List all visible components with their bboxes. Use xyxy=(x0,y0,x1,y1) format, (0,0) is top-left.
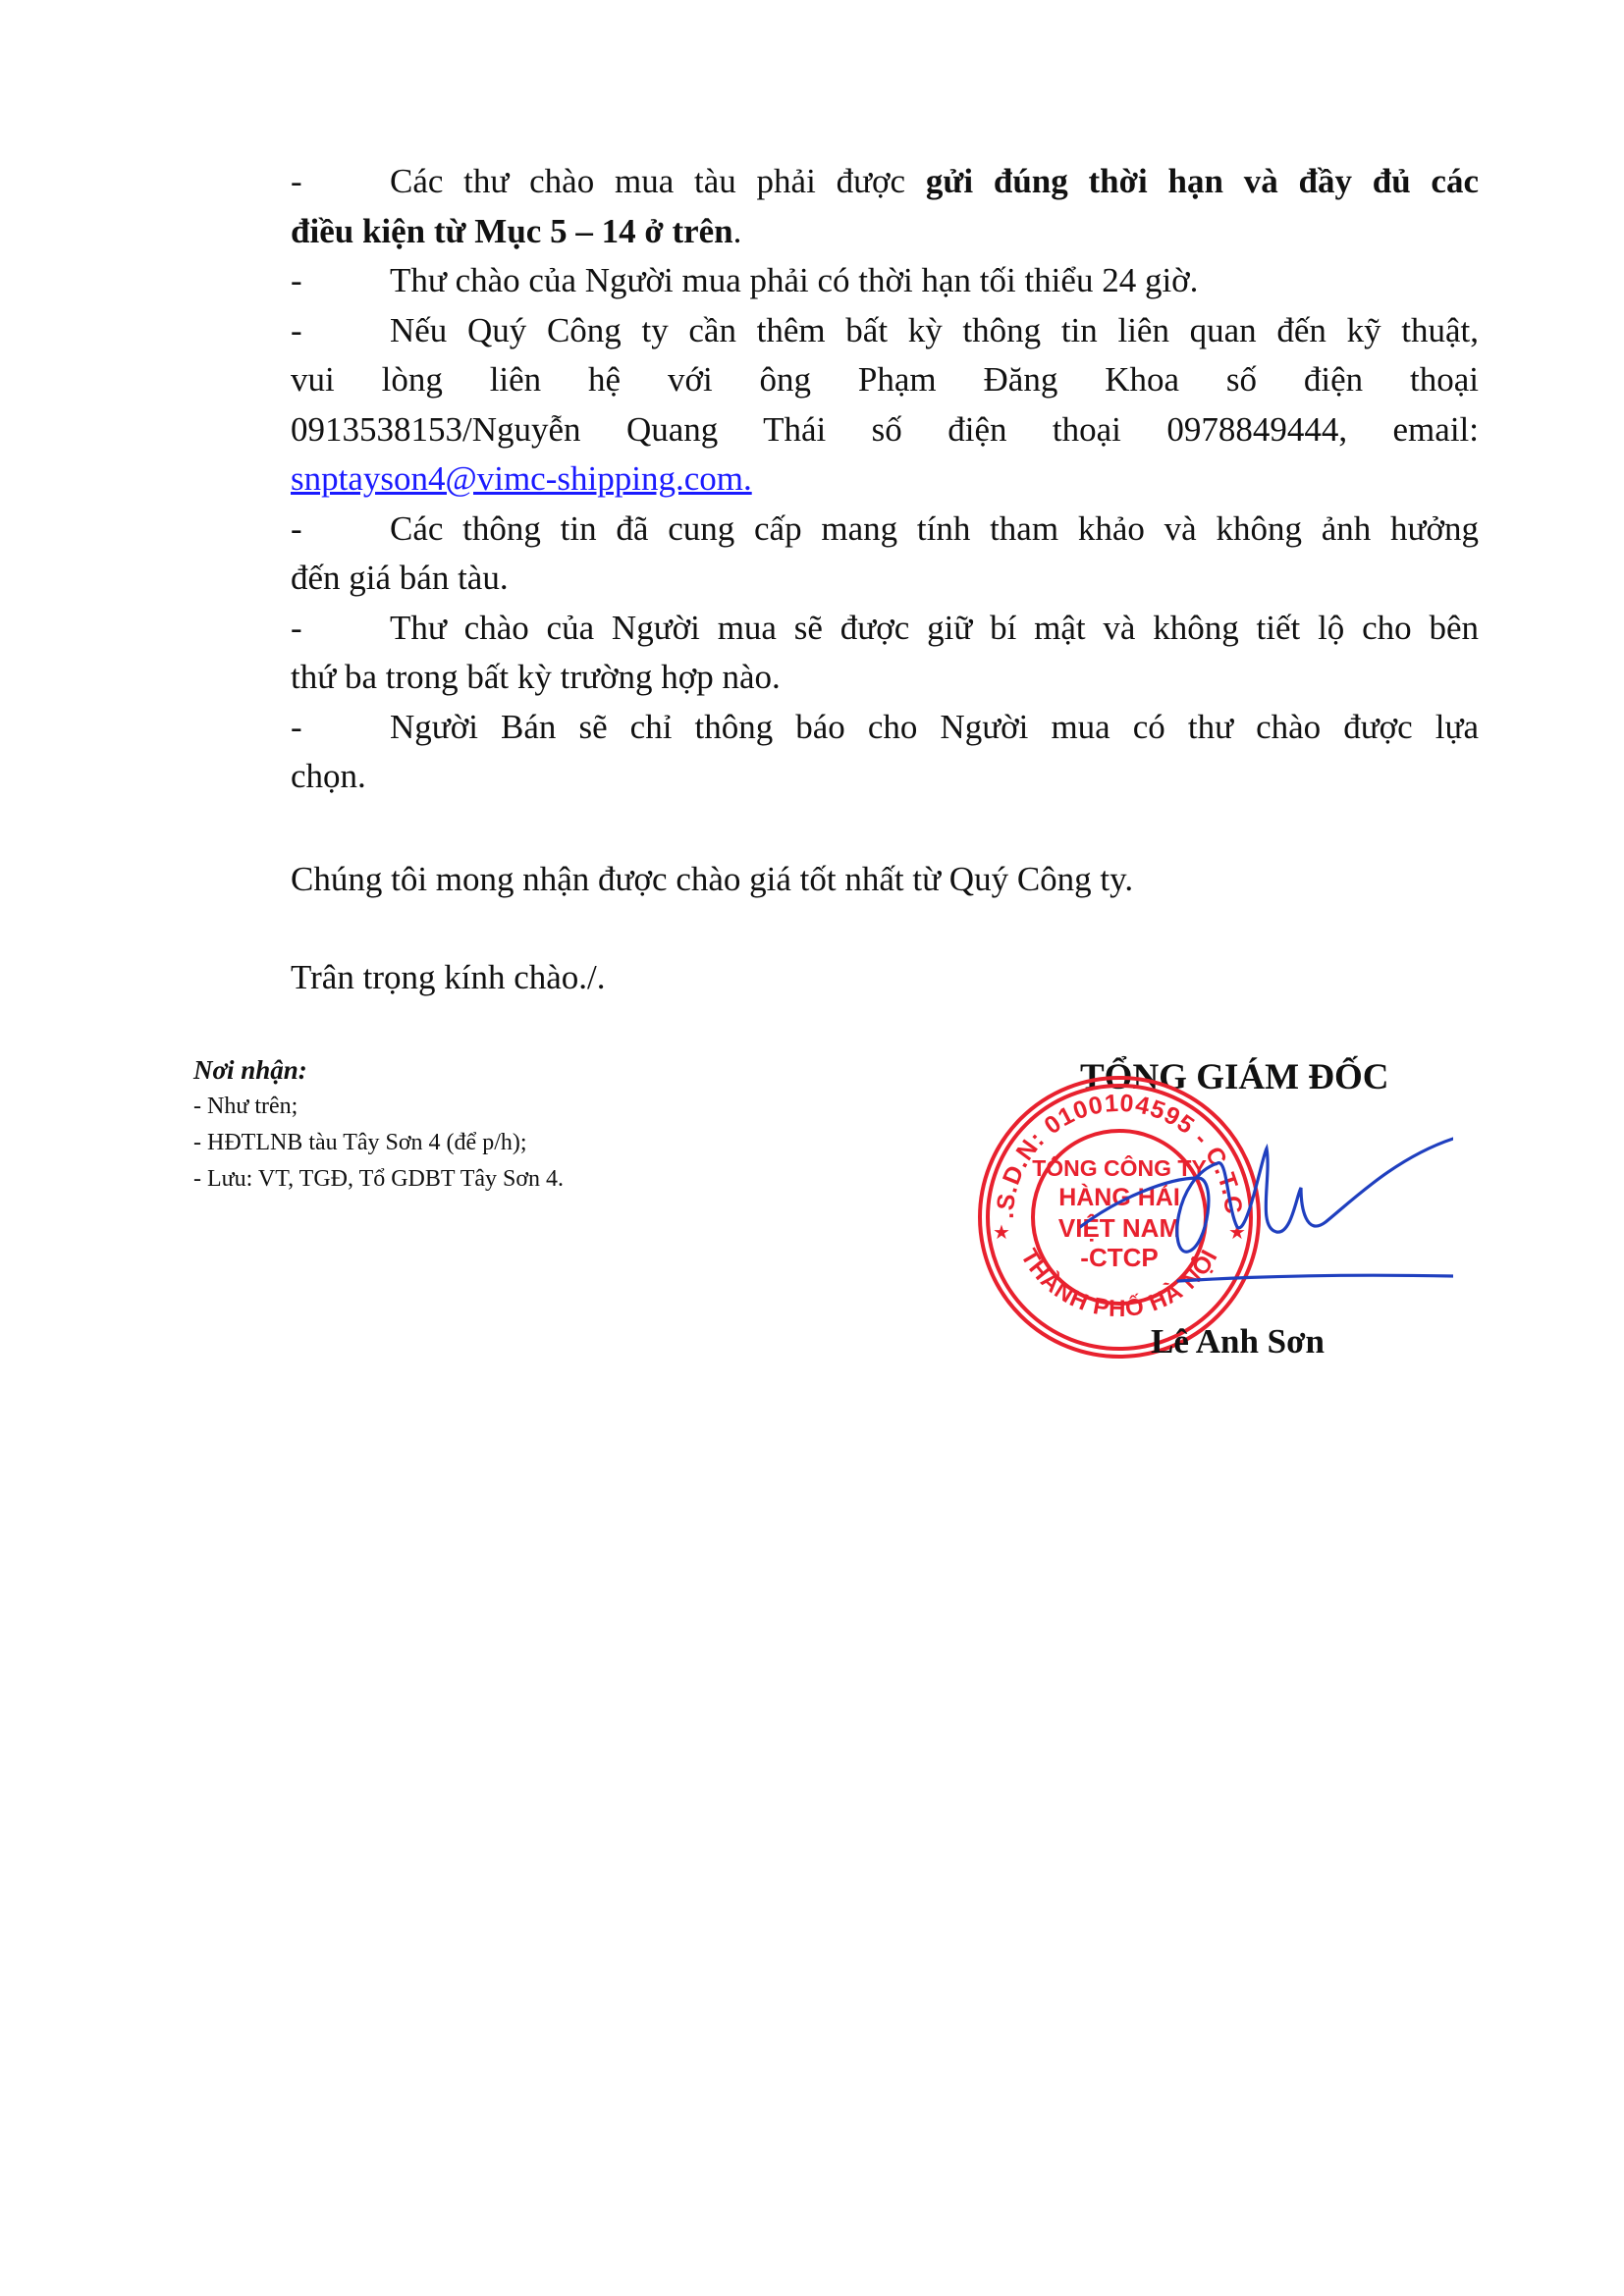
recipient-item: - Như trên; xyxy=(193,1089,564,1125)
text: . xyxy=(733,212,742,250)
condition-line: snptayson4@vimc-shipping.com. xyxy=(291,454,1479,505)
text: Nếu Quý Công ty cần thêm bất kỳ thông ti… xyxy=(390,311,1479,349)
bullet-dash: - xyxy=(291,703,390,753)
condition-line: -Thư chào của Người mua sẽ được giữ bí m… xyxy=(291,604,1479,654)
closing-hope: Chúng tôi mong nhận được chào giá tốt nh… xyxy=(291,860,1133,899)
text: chọn. xyxy=(291,757,366,795)
condition-line: -Các thông tin đã cung cấp mang tính tha… xyxy=(291,505,1479,555)
condition-line: chọn. xyxy=(291,752,1479,802)
conditions-list: -Các thư chào mua tàu phải được gửi đúng… xyxy=(291,157,1479,802)
bullet-dash: - xyxy=(291,256,390,306)
condition-line: đến giá bán tàu. xyxy=(291,554,1479,604)
condition-line: 0913538153/Nguyễn Quang Thái số điện tho… xyxy=(291,405,1479,455)
email-link[interactable]: snptayson4@vimc-shipping.com. xyxy=(291,459,752,498)
condition-line: -Người Bán sẽ chỉ thông báo cho Người mu… xyxy=(291,703,1479,753)
text: Người Bán sẽ chỉ thông báo cho Người mua… xyxy=(390,708,1479,746)
text: đến giá bán tàu. xyxy=(291,559,509,597)
recipients-block: Nơi nhận: - Như trên; - HĐTLNB tàu Tây S… xyxy=(193,1052,564,1198)
text: Các thông tin đã cung cấp mang tính tham… xyxy=(390,509,1479,548)
condition-line: vui lòng liên hệ với ông Phạm Đăng Khoa … xyxy=(291,355,1479,405)
bullet-dash: - xyxy=(291,157,390,207)
text: Thư chào của Người mua sẽ được giữ bí mậ… xyxy=(390,609,1479,647)
bullet-dash: - xyxy=(291,505,390,555)
text: Thư chào của Người mua phải có thời hạn … xyxy=(390,261,1198,299)
condition-line: -Nếu Quý Công ty cần thêm bất kỳ thông t… xyxy=(291,306,1479,356)
bold-text: điều kiện từ Mục 5 – 14 ở trên xyxy=(291,212,733,250)
handwritten-signature xyxy=(1080,1119,1453,1296)
text: thứ ba trong bất kỳ trường hợp nào. xyxy=(291,658,781,696)
text: 0913538153/Nguyễn Quang Thái số điện tho… xyxy=(291,410,1479,449)
signer-name: Lê Anh Sơn xyxy=(1151,1322,1325,1362)
recipient-item: - Lưu: VT, TGĐ, Tổ GDBT Tây Sơn 4. xyxy=(193,1161,564,1198)
bold-text: gửi đúng thời hạn và đầy đủ các xyxy=(926,162,1479,200)
condition-line: điều kiện từ Mục 5 – 14 ở trên. xyxy=(291,207,1479,257)
condition-line: thứ ba trong bất kỳ trường hợp nào. xyxy=(291,653,1479,703)
bullet-dash: - xyxy=(291,306,390,356)
recipients-title: Nơi nhận: xyxy=(193,1052,564,1089)
bullet-dash: - xyxy=(291,604,390,654)
condition-line: -Các thư chào mua tàu phải được gửi đúng… xyxy=(291,157,1479,207)
condition-line: -Thư chào của Người mua phải có thời hạn… xyxy=(291,256,1479,306)
text: vui lòng liên hệ với ông Phạm Đăng Khoa … xyxy=(291,360,1479,399)
closing-regards: Trân trọng kính chào./. xyxy=(291,958,606,997)
text: Các thư chào mua tàu phải được xyxy=(390,162,926,200)
recipient-item: - HĐTLNB tàu Tây Sơn 4 (để p/h); xyxy=(193,1125,564,1161)
star-icon: ★ xyxy=(993,1222,1010,1244)
